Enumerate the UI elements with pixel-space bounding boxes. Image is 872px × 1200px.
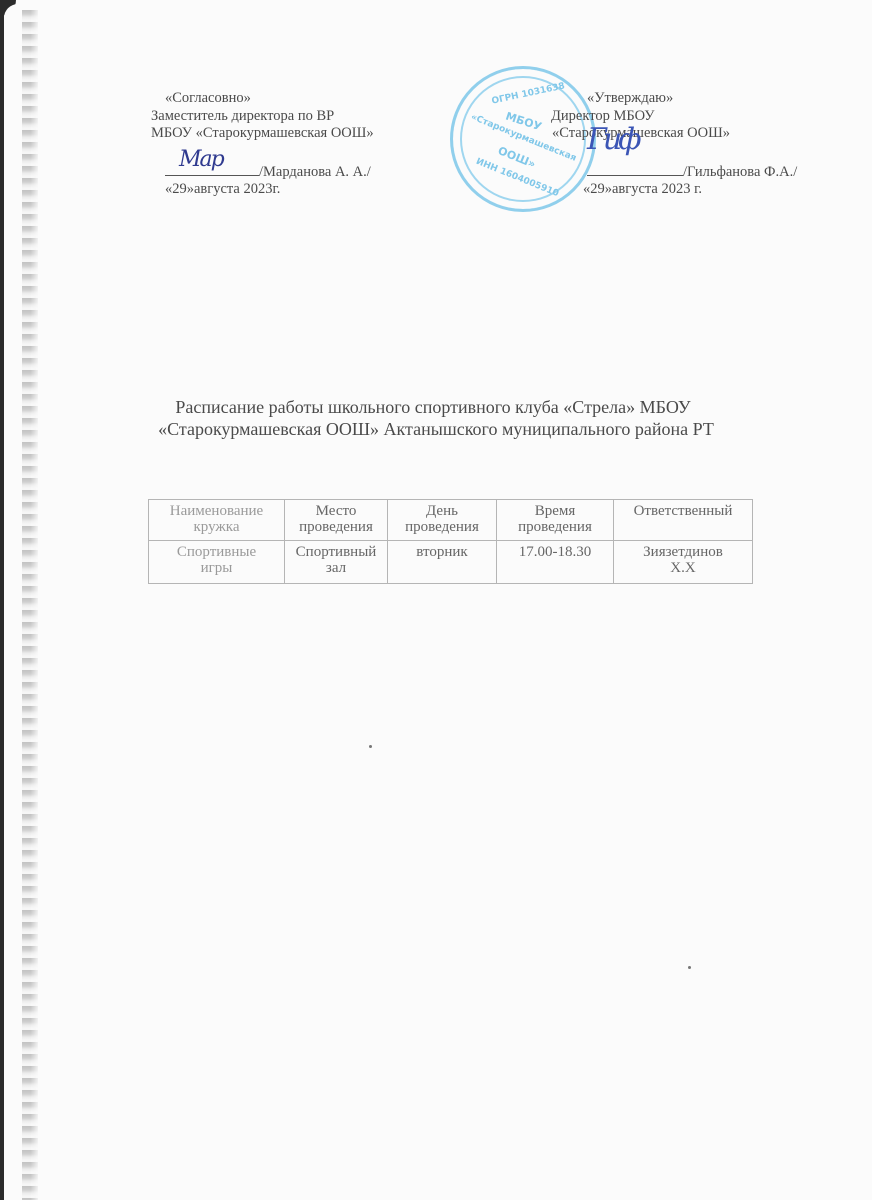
cell-time: 17.00-18.30 — [497, 541, 614, 584]
approval-left-signature-row: Мар /Марданова А. А./ — [151, 161, 374, 182]
header-place: Местопроведения — [285, 500, 388, 541]
approval-left-block: «Согласовно» Заместитель директора по ВР… — [151, 90, 374, 199]
document-title-line2: «Старокурмашевская ООШ» Актанышского мун… — [0, 418, 742, 440]
document-title-line1: Расписание работы школьного спортивного … — [0, 396, 742, 418]
approval-left-position: Заместитель директора по ВР — [151, 108, 374, 126]
header-responsible: Ответственный — [614, 500, 753, 541]
cell-day: вторник — [388, 541, 497, 584]
handwritten-signature: Мар — [179, 151, 223, 169]
binding-holes-strip — [22, 10, 38, 1200]
scan-page-edge — [0, 0, 4, 1200]
scan-speck — [369, 745, 372, 748]
header-time: Времяпроведения — [497, 500, 614, 541]
approval-right-date: «29»августа 2023 г. — [551, 181, 797, 199]
cell-responsible: ЗиязетдиновХ.Х — [614, 541, 753, 584]
signature-line: Мар — [165, 161, 259, 176]
approval-right-label: «Утверждаю» — [551, 90, 797, 108]
approval-left-organization: МБОУ «Старокурмашевская ООШ» — [151, 125, 374, 143]
document-title: Расписание работы школьного спортивного … — [0, 396, 872, 440]
cell-place: Спортивныйзал — [285, 541, 388, 584]
approval-right-signature-row: Гиф /Гильфанова Ф.А./ — [551, 161, 797, 182]
header-day: Деньпроведения — [388, 500, 497, 541]
header-club-name: Наименованиекружка — [149, 500, 285, 541]
approval-left-signatory: /Марданова А. А./ — [259, 164, 371, 180]
approval-left-date: «29»августа 2023г. — [151, 181, 374, 199]
approval-right-signatory: /Гильфанова Ф.А./ — [683, 164, 797, 180]
scan-speck — [688, 966, 691, 969]
approval-right-block: «Утверждаю» Директор МБОУ «Старокурмашев… — [551, 90, 797, 199]
schedule-table: Наименованиекружка Местопроведения Деньп… — [148, 499, 753, 584]
table-header-row: Наименованиекружка Местопроведения Деньп… — [149, 500, 753, 541]
signature-line: Гиф — [587, 161, 683, 176]
table-row: Спортивныеигры Спортивныйзал вторник 17.… — [149, 541, 753, 584]
cell-club-name: Спортивныеигры — [149, 541, 285, 584]
handwritten-signature: Гиф — [587, 131, 638, 149]
approval-left-label: «Согласовно» — [151, 90, 374, 108]
scan-page-corner — [0, 0, 16, 16]
